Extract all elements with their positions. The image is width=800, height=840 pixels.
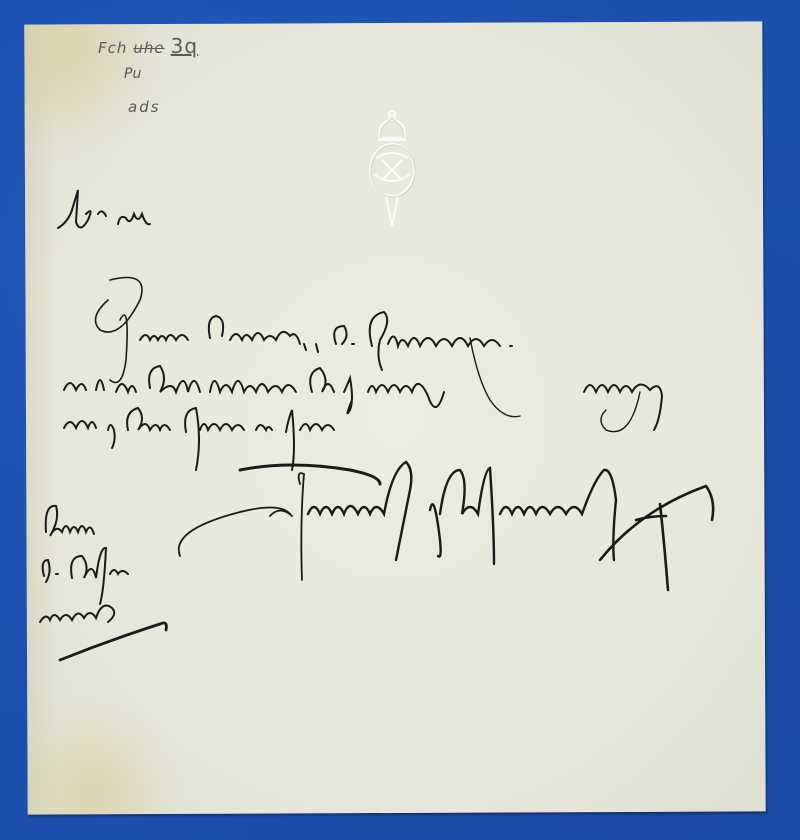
pencil-note-line-2: Pu xyxy=(124,66,141,82)
pencil-note-struck: uhe xyxy=(133,39,164,57)
pencil-note-price: 3q xyxy=(171,34,198,58)
embossed-crest-icon xyxy=(352,108,432,238)
pencil-note-prefix: Fch xyxy=(98,39,127,57)
pencil-note-line-3: ads xyxy=(128,98,161,116)
pencil-note-line-1: Fchuhe3q xyxy=(98,34,198,58)
